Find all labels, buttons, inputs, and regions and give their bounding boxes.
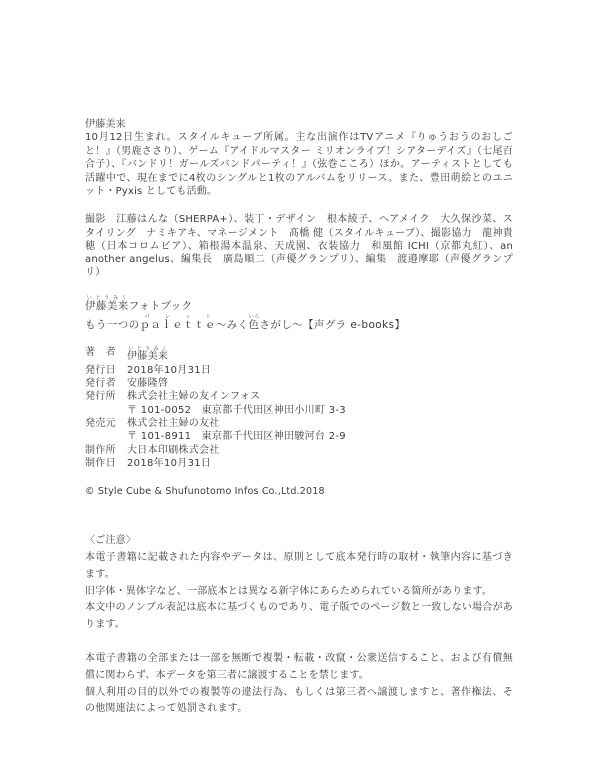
colophon-row-author: 著 者 伊藤美来いとうみく <box>85 346 513 363</box>
colophon-value: 2018年10月31日 <box>127 457 513 470</box>
profile-section: 伊藤美来 10月12日生まれ。スタイルキューブ所属。主な出演作はTVアニメ『りゅ… <box>85 118 513 198</box>
colophon-label: 発売元 <box>85 417 127 430</box>
subtitle-iro: 色いろ <box>249 319 260 331</box>
book-title-suffix: フォトブック <box>129 300 193 312</box>
colophon-label: 制作所 <box>85 444 127 457</box>
credits-section: 撮影 江藤はんな（SHERPA+）、装丁・デザイン 根本綾子、ヘアメイク 大久保… <box>85 213 513 279</box>
colophon-address: 〒 101-0052 東京都千代田区神田小川町 3-3 <box>85 404 513 417</box>
colophon-value: 株式会社主婦の友社 <box>127 417 513 430</box>
colophon-value: 安藤隆啓 <box>127 377 513 390</box>
colophon-value: 2018年10月31日 <box>127 364 513 377</box>
subtitle-palette: ｐａｌｅｔｔｅパレット <box>140 319 216 331</box>
colophon-label: 発行日 <box>85 364 127 377</box>
copyright-text: © Style Cube & Shufunotomo Infos Co.,Ltd… <box>85 486 513 497</box>
credits-text: 撮影 江藤はんな（SHERPA+）、装丁・デザイン 根本綾子、ヘアメイク 大久保… <box>85 213 513 279</box>
notice-section: 〈ご注意〉 本電子書籍に記載された内容やデータは、原則として底本発行時の取材・執… <box>85 533 513 718</box>
notice-paragraph: 個人利用の目的以外での複製等の違法行為、もしくは第三者へ譲渡しますと、著作権法、… <box>85 685 513 719</box>
subtitle-prefix: もう一つの <box>85 319 140 331</box>
notice-spacer <box>85 634 513 651</box>
notice-heading: 〈ご注意〉 <box>85 533 513 550</box>
notice-paragraph: 本文中のノンブル表記は底本に基づくものであり、電子版でのページ数と一致しない場合… <box>85 600 513 634</box>
colophon-address: 〒 101-8911 東京都千代田区神田駿河台 2-9 <box>85 430 513 443</box>
colophon-label: 制作日 <box>85 457 127 470</box>
colophon-row-distributor: 発売元 株式会社主婦の友社 <box>85 417 513 430</box>
book-title-name: 伊藤美来いとうみく <box>85 300 129 312</box>
profile-bio: 10月12日生まれ。スタイルキューブ所属。主な出演作はTVアニメ『りゅうおうのお… <box>85 131 513 198</box>
book-title-line2: もう一つのｐａｌｅｔｔｅパレット〜みく色いろさがし〜【声グラ e-books】 <box>85 314 513 333</box>
colophon-value: 大日本印刷株式会社 <box>127 444 513 457</box>
profile-name: 伊藤美来 <box>85 118 513 131</box>
notice-paragraph: 本電子書籍の全部または一部を無断で複製・転載・改竄・公衆送信すること、および有償… <box>85 651 513 685</box>
colophon-label: 発行者 <box>85 377 127 390</box>
colophon-row-publisher: 発行所 株式会社主婦の友インフォス <box>85 390 513 403</box>
colophon-row-printer: 制作所 大日本印刷株式会社 <box>85 444 513 457</box>
colophon-label: 著 者 <box>85 346 127 363</box>
subtitle-suffix: さがし〜【声グラ e-books】 <box>259 319 405 331</box>
book-title-section: 伊藤美来いとうみくフォトブック もう一つのｐａｌｅｔｔｅパレット〜みく色いろさが… <box>85 295 513 333</box>
notice-paragraph: 本電子書籍に記載された内容やデータは、原則として底本発行時の取材・執筆内容に基づ… <box>85 550 513 584</box>
colophon-label: 発行所 <box>85 390 127 403</box>
book-title-line1: 伊藤美来いとうみくフォトブック <box>85 295 513 314</box>
notice-paragraph: 旧字体・異体字など、一部底本とは異なる新字体にあらためられている箇所があります。 <box>85 584 513 601</box>
colophon-row-proddate: 制作日 2018年10月31日 <box>85 457 513 470</box>
colophon-row-pubdate: 発行日 2018年10月31日 <box>85 364 513 377</box>
colophon-page: 伊藤美来 10月12日生まれ。スタイルキューブ所属。主な出演作はTVアニメ『りゅ… <box>0 0 593 768</box>
subtitle-mid: 〜みく <box>216 319 249 331</box>
colophon-value: 株式会社主婦の友インフォス <box>127 390 513 403</box>
colophon-section: 著 者 伊藤美来いとうみく 発行日 2018年10月31日 発行者 安藤隆啓 発… <box>85 346 513 470</box>
colophon-row-publisher-person: 発行者 安藤隆啓 <box>85 377 513 390</box>
colophon-value: 伊藤美来いとうみく <box>127 346 513 363</box>
